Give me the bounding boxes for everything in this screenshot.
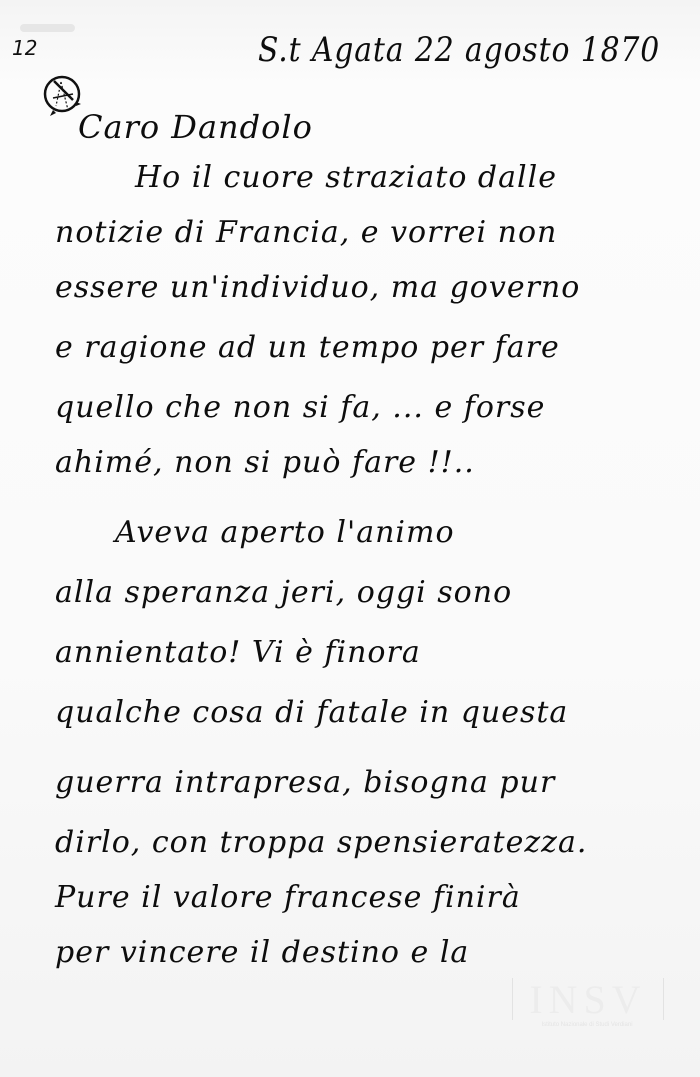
institution-watermark: INSV: [512, 978, 664, 1020]
letter-line-11: guerra intrapresa, bisogna pur: [55, 765, 555, 800]
date-line: S.t Agata 22 agosto 1870: [258, 30, 660, 70]
letter-line-4: e ragione ad un tempo per fare: [55, 330, 560, 365]
letter-line-9: annientato! Vi è finora: [55, 635, 421, 670]
letter-line-12: dirlo, con troppa spensieratezza.: [55, 825, 587, 860]
letter-line-5: quello che non si fa, ... e forse: [55, 390, 545, 425]
salutation: Caro Dandolo: [78, 108, 313, 146]
letter-line-3: essere un'individuo, ma governo: [55, 270, 580, 305]
letter-line-2: notizie di Francia, e vorrei non: [55, 215, 557, 250]
letter-page: 12 S.t Agata 22 agosto 1870 Caro Dandolo…: [0, 0, 700, 1077]
letter-line-8: alla speranza jeri, oggi sono: [55, 575, 512, 610]
letter-line-13: Pure il valore francese finirà: [55, 880, 521, 915]
letter-line-14: per vincere il destino e la: [55, 935, 469, 970]
letter-line-1: Ho il cuore straziato dalle: [135, 160, 557, 195]
folio-number: 12: [12, 36, 37, 60]
watermark-subtitle: Istituto Nazionale di Studi Verdiani: [512, 1022, 662, 1028]
letter-line-6: ahimé, non si può fare !!..: [55, 445, 475, 480]
tape-remnant: [20, 24, 75, 32]
letter-line-7: Aveva aperto l'animo: [115, 515, 455, 550]
letter-line-10: qualche cosa di fatale in questa: [55, 695, 568, 730]
